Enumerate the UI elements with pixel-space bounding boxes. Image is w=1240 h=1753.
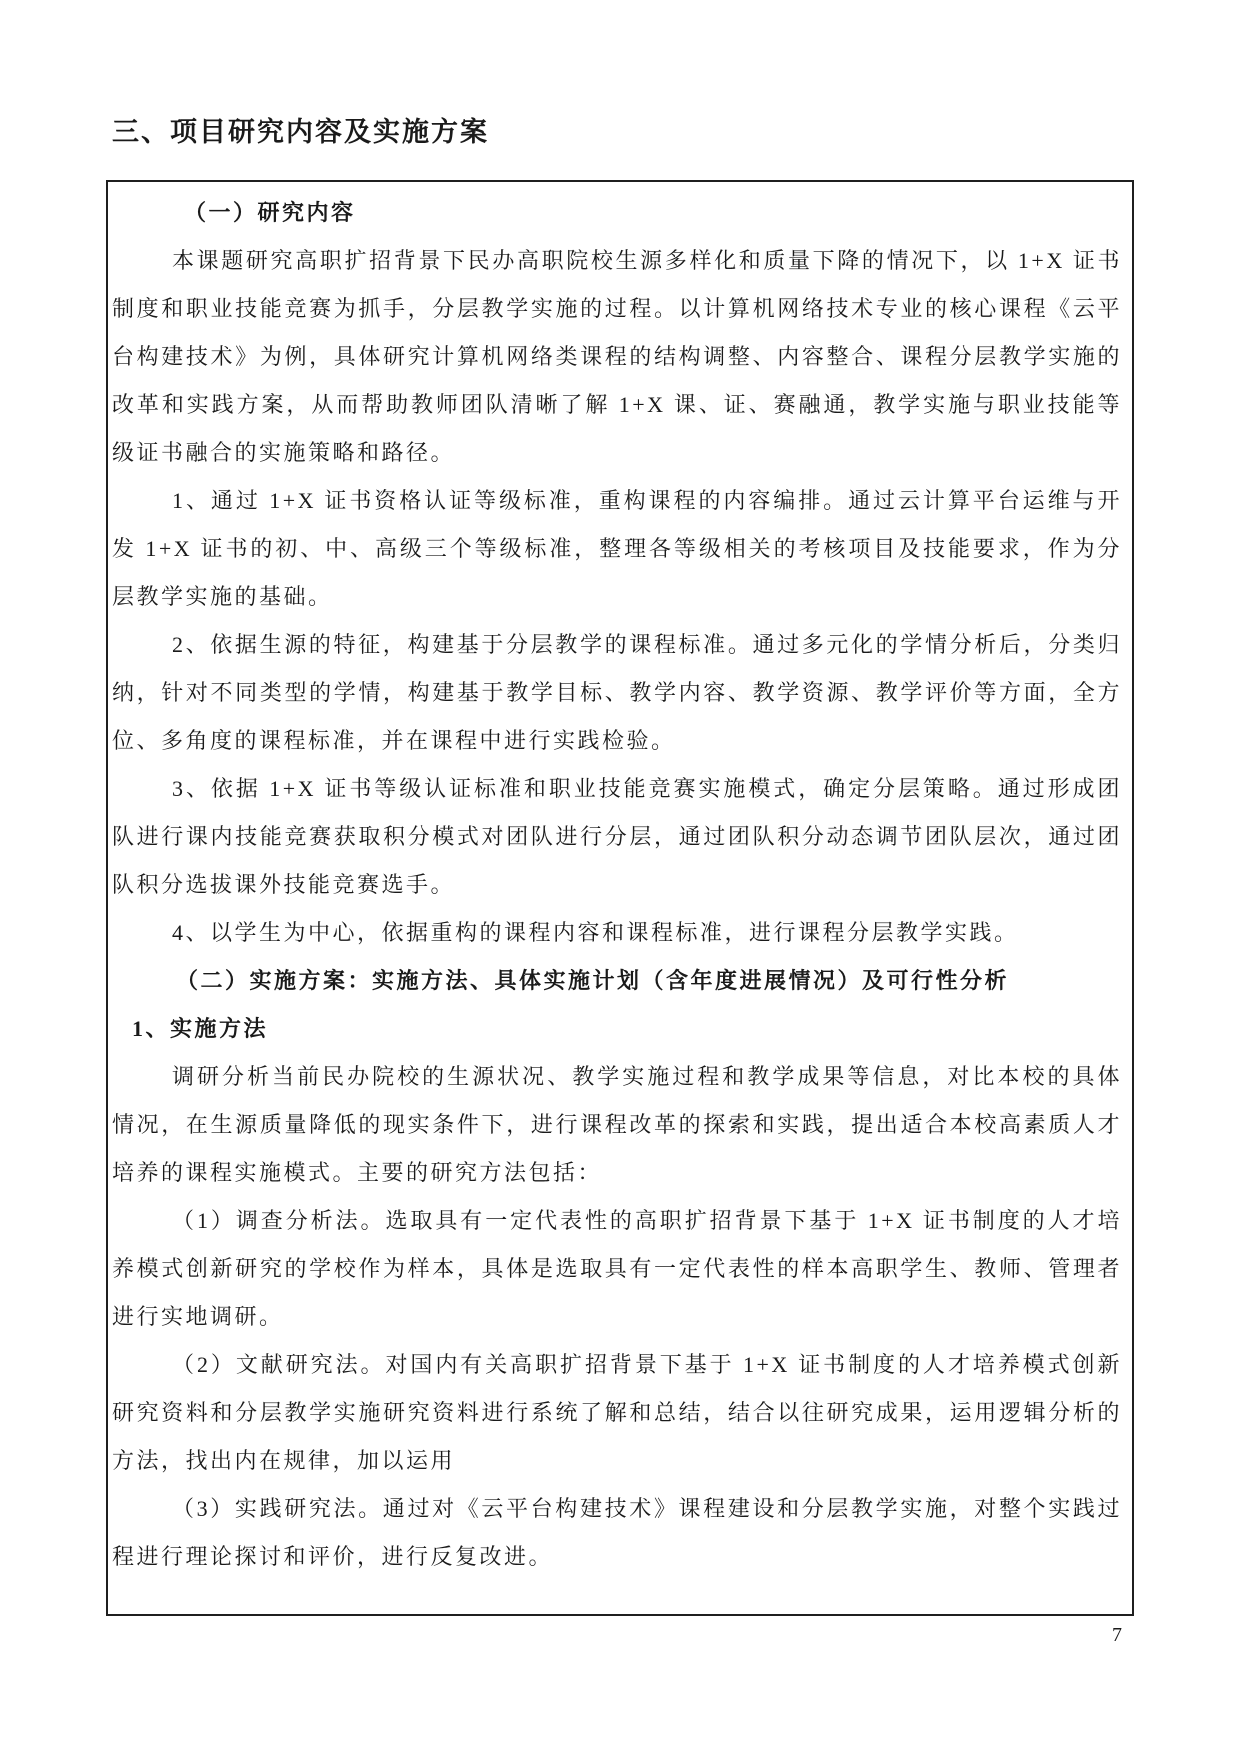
research-point-1-paragraph: 1、通过 1+X 证书资格认证等级标准，重构课程的内容编排。通过云计算平台运维与…: [112, 477, 1122, 621]
method-3-practice-paragraph: （3）实践研究法。通过对《云平台构建技术》课程建设和分层教学实施，对整个实践过程…: [112, 1485, 1122, 1581]
research-content-paragraph: 本课题研究高职扩招背景下民办高职院校生源多样化和质量下降的情况下，以 1+X 证…: [112, 237, 1122, 477]
research-point-3-paragraph: 3、依据 1+X 证书等级认证标准和职业技能竞赛实施模式，确定分层策略。通过形成…: [112, 765, 1122, 909]
research-point-2-paragraph: 2、依据生源的特征，构建基于分层教学的课程标准。通过多元化的学情分析后，分类归纳…: [112, 621, 1122, 765]
section-2-heading: （二）实施方案：实施方法、具体实施计划（含年度进展情况）及可行性分析: [112, 957, 1122, 1005]
section-1-heading: （一）研究内容: [112, 189, 1122, 237]
method-2-literature-paragraph: （2）文献研究法。对国内有关高职扩招背景下基于 1+X 证书制度的人才培养模式创…: [112, 1341, 1122, 1485]
page-number: 7: [1112, 1624, 1122, 1647]
research-point-4-paragraph: 4、以学生为中心，依据重构的课程内容和课程标准，进行课程分层教学实践。: [112, 909, 1122, 957]
content-box: （一）研究内容 本课题研究高职扩招背景下民办高职院校生源多样化和质量下降的情况下…: [106, 180, 1134, 1616]
method-1-survey-paragraph: （1）调查分析法。选取具有一定代表性的高职扩招背景下基于 1+X 证书制度的人才…: [112, 1197, 1122, 1341]
subsection-heading-method: 1、实施方法: [112, 1005, 1122, 1053]
method-intro-paragraph: 调研分析当前民办院校的生源状况、教学实施过程和教学成果等信息，对比本校的具体情况…: [112, 1053, 1122, 1197]
page-title: 三、项目研究内容及实施方案: [112, 110, 489, 149]
